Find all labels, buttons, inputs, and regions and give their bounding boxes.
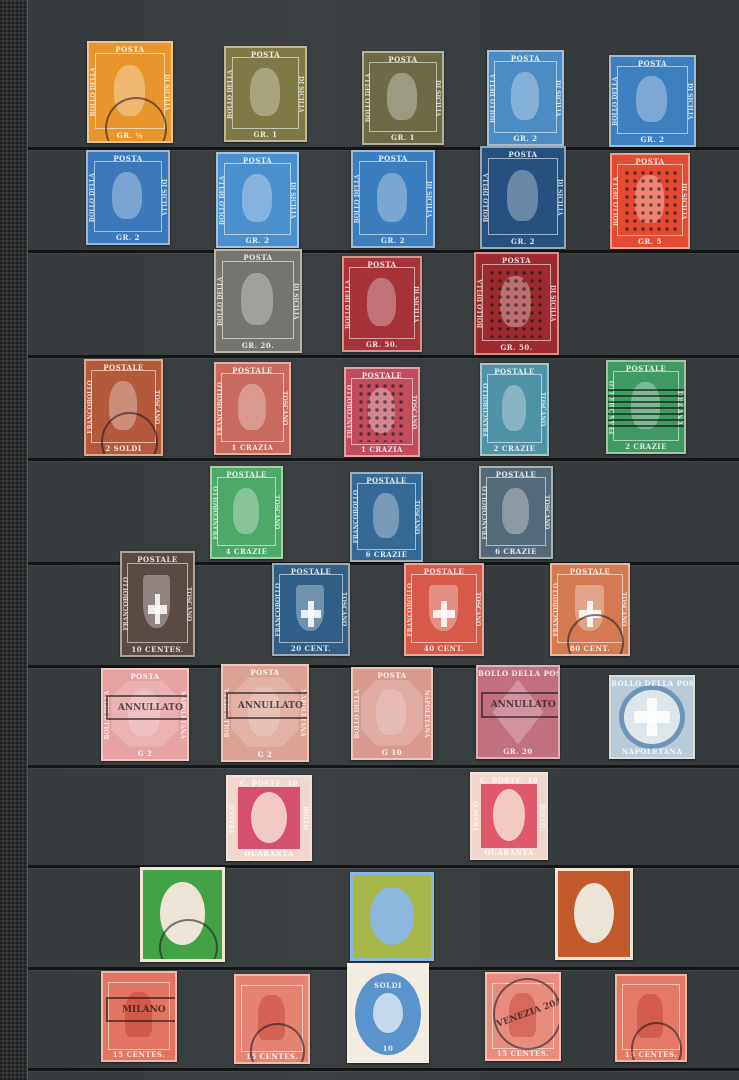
stamp-top-text: POSTALE [482, 367, 547, 376]
stamp[interactable]: 15 CENTES.VENEZIA 20/6 [485, 972, 561, 1061]
stamp-value-text: GR. 2 [218, 236, 297, 245]
stamp[interactable]: POSTAGR. 20.BOLLO DELLADI SICILIA [214, 249, 302, 353]
stamp-left-text: FRANCOBOLLO [213, 479, 222, 547]
portrait-icon [241, 273, 273, 325]
stamp-top-text: POSTA [103, 672, 187, 681]
bar-cancel-icon [608, 389, 684, 430]
stamp-value-text: GR. 2 [88, 233, 168, 242]
stamp-value-text: 15 CENTES. [103, 1050, 175, 1059]
stamp-right-text: DI SICILIA [295, 59, 304, 129]
stamp-value-text: 2 CRAZIE [482, 444, 547, 453]
lion-icon [238, 384, 266, 430]
stamp-value-text: GR. 2 [489, 134, 562, 143]
stamp-top-text: POSTA [89, 45, 171, 54]
stamp-right-text: TOSCANO [271, 479, 280, 547]
stamp[interactable]: 15 CENTES.MILANO [101, 971, 177, 1062]
stamp-value-text: G 2 [223, 750, 307, 759]
stamp-value-text: GR. 2 [482, 237, 564, 246]
postmark-box: MILANO [106, 997, 177, 1022]
stamp[interactable] [555, 868, 633, 960]
stamp[interactable]: 15 CENTES. [234, 974, 310, 1064]
stamp-left-text: BOLLO DELLA [90, 55, 99, 130]
stamp-right-text: BOLLO [300, 787, 309, 849]
stamp-top-text: POSTALE [216, 366, 289, 375]
stamp-right-text: TOSCANO [183, 565, 192, 643]
stamp[interactable]: POSTAGR. 50.BOLLO DELLADI SICILIA [342, 256, 422, 352]
stamp-value-text: 10 [347, 1044, 429, 1053]
stamp-value-text: QUARANTA [228, 849, 310, 858]
stamp-left-text: BOLLO DELLA [612, 68, 621, 135]
stamp-value-text: G 2 [103, 749, 187, 758]
savoy-cross-icon [433, 601, 454, 628]
stamp-top-text: POSTALE [406, 567, 482, 576]
lion-icon [233, 488, 259, 534]
portrait-icon [112, 172, 142, 219]
stamp-right-text: TOSCANO [338, 576, 347, 644]
stamp[interactable]: POSTALE2 CRAZIEFRANCOBOLLOTOSCANO [606, 360, 686, 454]
strip-divider [28, 355, 739, 358]
stamp-top-text: POSTALE [274, 567, 348, 576]
cameo-portrait-icon [251, 792, 287, 843]
stamp-value-text: GR. 20 [478, 747, 558, 756]
stamp[interactable]: POSTALE2 CRAZIEFRANCOBOLLOTOSCANO [480, 363, 549, 456]
stamp-left-text: FRANCOBOLLO [275, 576, 284, 644]
stamp-right-text: DI SICILIA [684, 68, 693, 135]
stamp[interactable]: POSTALE6 CRAZIEFRANCOBOLLOTOSCANO [479, 466, 553, 559]
strip-divider [28, 458, 739, 461]
stamp-right-text: DI SICILIA [410, 269, 419, 339]
stamp-left-text: BOLLO DELLA [345, 269, 354, 339]
stamp-top-text: POSTA [226, 50, 305, 59]
stamp-left-text: BOLLO DELLA [490, 63, 499, 133]
portrait-icon [387, 73, 417, 120]
stamp[interactable]: POSTALE10 CENTES.FRANCOBOLLOTOSCANO [120, 551, 195, 657]
dot-cancel-icon [357, 382, 407, 442]
savoy-cross-icon [634, 698, 670, 736]
stamp-value-text: 2 CRAZIE [608, 442, 684, 451]
portrait-icon [636, 76, 668, 122]
stamp-top-text: POSTA [353, 671, 431, 680]
stamp-value-text: GR. 50. [344, 340, 420, 349]
stamp-left-text: FRANCOBOLLO [482, 479, 491, 547]
stamp-right-text: DI SICILIA [547, 266, 556, 341]
stamp-top-text: POSTA [353, 154, 433, 163]
portrait-icon [250, 68, 280, 116]
stamp[interactable]: POSTAGR. ½BOLLO DELLADI SICILIA [87, 41, 173, 143]
dot-cancel-icon [488, 269, 545, 338]
stamp-value-text: GR. 1 [364, 133, 442, 142]
stamp-top-text: POSTA [476, 256, 557, 265]
stamp-top-text: BOLLO DELLA POSTA [611, 679, 693, 688]
stamp-left-text: FRANCOBOLLO [483, 376, 492, 444]
stamp-top-text: POSTA [364, 55, 442, 64]
stamp-value-text: QUARANTA [472, 848, 546, 857]
stamp[interactable]: POSTAGR. 50.BOLLO DELLADI SICILIA [474, 252, 559, 355]
stamp-left-text: FRANCOBOLLO [407, 576, 416, 644]
postmark-box: ANNULLATO [226, 692, 309, 719]
stamp[interactable]: POSTALE4 CRAZIEFRANCOBOLLOTOSCANO [210, 466, 283, 559]
stamp[interactable] [140, 867, 225, 962]
stamp-right-text: DI SICILIA [423, 163, 432, 234]
stamp-left-text: BOLLO DELLA [613, 166, 622, 236]
stamp-top-text: POSTA [611, 59, 694, 68]
stamp-top-text: POSTALE [122, 555, 193, 564]
postmark-box: ANNULLATO [481, 692, 560, 718]
postmark-text: ANNULLATO [483, 700, 560, 710]
stamp[interactable]: POSTAGR. 2BOLLO DELLADI SICILIA [351, 150, 435, 248]
stamp-value-text: 4 CRAZIE [212, 547, 281, 556]
embossed-oval-icon [370, 887, 414, 945]
stamp-value-text: NAPOLETANA [611, 747, 693, 756]
stamp-left-text: FRANCOBOLLO [353, 484, 362, 549]
stamp-value-text: GR. 20. [216, 341, 300, 350]
stamp-top-text: POSTALE [86, 363, 161, 372]
stamp[interactable]: C. POSTE. 40QUARANTAFRANCOBOLLO [470, 772, 548, 860]
stamp-value-text: 10 CENTES. [122, 645, 193, 654]
cameo-portrait-icon [493, 789, 526, 841]
stamp-top-text: SOLDI [347, 981, 429, 990]
stamp-top-text: POSTA [344, 260, 420, 269]
postmark-circle-icon [159, 919, 218, 962]
stamp-top-text: POSTA [482, 150, 564, 159]
stamp-right-text: BOLLO [536, 784, 545, 848]
stamp-top-text: POSTA [218, 156, 297, 165]
postmark-text: MILANO [108, 1005, 177, 1015]
stamp-value-text: 20 CENT. [274, 644, 348, 653]
stamp-right-text: TOSCANO [279, 375, 288, 443]
stamp-left-text: BOLLO DELLA [477, 266, 486, 341]
stamp-right-text: DI SICILIA [290, 263, 299, 339]
stamp-left-text: FRANCOBOLLO [347, 379, 356, 444]
savoy-cross-icon [148, 594, 168, 625]
stamp-top-text: POSTALE [481, 470, 551, 479]
stamp[interactable]: POSTALE80 CENT.FRANCOBOLLOTOSCANO [550, 563, 630, 656]
stamp[interactable]: POSTAGR. 1BOLLO DELLADI SICILIA [224, 46, 307, 142]
lion-icon [502, 488, 529, 534]
stamp-value-text: 15 CENTES. [487, 1049, 559, 1058]
stamp-right-text: NAPOLETANA [421, 680, 430, 748]
embossed-oval-icon [574, 883, 614, 943]
stockbook-page: POSTAGR. ½BOLLO DELLADI SICILIAPOSTAGR. … [0, 0, 739, 1080]
stamp-right-text: DI SICILIA [554, 160, 563, 235]
portrait-icon [511, 72, 539, 120]
stamp-left-text: BOLLO DELLA [354, 680, 363, 748]
stamp-top-text: POSTA [216, 253, 300, 262]
postmark-text: VENEZIA 20/6 [495, 998, 559, 1030]
stamp-left-text: FRANCOBOLLO [87, 372, 96, 443]
stamp-right-text: TOSCANO [411, 484, 420, 549]
stamp[interactable]: BOLLO DELLA POSTANAPOLETANA [609, 675, 695, 759]
strip-divider [28, 1068, 739, 1071]
stamp[interactable]: C. POSTE. 40QUARANTAFRANCOBOLLO [226, 775, 312, 861]
postmark-circle: VENEZIA 20/6 [493, 978, 561, 1050]
stamp-top-text: POSTALE [552, 567, 628, 576]
stamp[interactable]: POSTAGR. 5BOLLO DELLADI SICILIA [610, 153, 690, 249]
stamp-left-text: BOLLO DELLA [89, 163, 98, 232]
stamp-left-text: BOLLO DELLA [219, 165, 228, 235]
stamp-right-text: DI SICILIA [432, 64, 441, 132]
stamp-top-text: POSTA [88, 154, 168, 163]
stamp[interactable]: POSTALE20 CENT.FRANCOBOLLOTOSCANO [272, 563, 350, 656]
stamp-left-text: BOLLO DELLA [365, 64, 374, 132]
stamp-left-text: BOLLO DELLA [217, 263, 226, 339]
stamp-value-text: GR. 5 [612, 237, 688, 246]
stamp[interactable]: POSTALE1 CRAZIAFRANCOBOLLOTOSCANO [344, 367, 420, 457]
stamp[interactable]: POSTAGR. 2BOLLO DELLADI SICILIA [487, 50, 564, 146]
stamp-value-text: 6 CRAZIE [481, 547, 551, 556]
stamp-top-text: POSTA [489, 54, 562, 63]
postmark-text: ANNULLATO [108, 703, 189, 713]
dot-cancel-icon [623, 169, 676, 233]
stamp[interactable]: POSTALE1 CRAZIAFRANCOBOLLOTOSCANO [214, 362, 291, 455]
stamp-value-text: GR. 2 [353, 236, 433, 245]
stamp[interactable]: 15 CENTES. [615, 974, 687, 1062]
stamp-right-text: TOSCANO [541, 479, 550, 547]
portrait-icon [367, 278, 396, 326]
stamp-right-text: DI SICILIA [287, 165, 296, 235]
stamp[interactable]: POSTAG 10BOLLO DELLANAPOLETANA [351, 667, 433, 760]
postmark-box: ANNULLATO [106, 695, 189, 720]
stamp-value-text: GR. 2 [611, 135, 694, 144]
stamp[interactable]: POSTALE2 SOLDIFRANCOBOLLOTOSCANO [84, 359, 163, 456]
stamp-left-text: FRANCOBOLLO [123, 565, 132, 643]
stamp-top-text: POSTALE [608, 364, 684, 373]
stamp[interactable]: POSTAG 2BOLLO DELLANAPOLETANAANNULLATO [221, 664, 309, 762]
portrait-icon [242, 174, 272, 222]
stockbook-binding [0, 0, 28, 1080]
strip-divider [28, 765, 739, 768]
lion-icon [373, 493, 399, 538]
stamp-top-text: C. POSTE. 40 [228, 779, 310, 788]
stamp-right-text: DI SICILIA [552, 63, 561, 133]
stamp[interactable]: POSTALE6 CRAZIEFRANCOBOLLOTOSCANO [350, 472, 423, 562]
trinacria-icon [376, 689, 406, 735]
stamp-top-text: POSTALE [212, 470, 281, 479]
double-eagle-icon [373, 993, 403, 1033]
stamp[interactable]: POSTAGR. 2BOLLO DELLADI SICILIA [609, 55, 696, 147]
stamp-left-text: FRANCO [473, 784, 482, 848]
stamp[interactable]: SOLDI10 [347, 963, 429, 1063]
stamp-left-text: BOLLO DELLA [483, 160, 492, 235]
strip-divider [28, 250, 739, 253]
postmark-text: ANNULLATO [228, 701, 309, 711]
stamp[interactable]: POSTAGR. 1BOLLO DELLADI SICILIA [362, 51, 444, 145]
stamp-right-text: DI SICILIA [678, 166, 687, 236]
stamp-right-text: TOSCANO [408, 379, 417, 444]
stamp-right-text: TOSCANO [472, 576, 481, 644]
stamp-value-text: 1 CRAZIA [216, 443, 289, 452]
stamp-value-text: 6 CRAZIE [352, 550, 421, 559]
stamp[interactable] [350, 872, 434, 961]
stamp[interactable]: BOLLO DELLA POSTA NAPOLETANAGR. 20ANNULL… [476, 665, 560, 759]
stamp-top-text: BOLLO DELLA POSTA NAPOLETANA [478, 669, 558, 678]
stamp[interactable]: POSTAGR. 2BOLLO DELLADI SICILIA [86, 150, 170, 245]
stamp-right-text: TOSCANO [537, 376, 546, 444]
stamp-top-text: POSTA [612, 157, 688, 166]
stamp-left-text: BOLLO DELLA [354, 163, 363, 234]
stamp[interactable]: POSTAG 2BOLLO DELLANAPOLETANAANNULLATO [101, 668, 189, 761]
stamp-left-text: FRANCOBOLLO [217, 375, 226, 443]
stamp-value-text: 1 CRAZIA [346, 445, 418, 454]
stamp-value-text: GR. 50. [476, 343, 557, 352]
portrait-icon [507, 170, 538, 221]
stamp-value-text: G 10 [353, 748, 431, 757]
stamp-top-text: POSTA [223, 668, 307, 677]
stamp[interactable]: POSTAGR. 2BOLLO DELLADI SICILIA [216, 152, 299, 248]
savoy-cross-icon [301, 601, 322, 628]
stamp-left-text: BOLLO DELLA [227, 59, 236, 129]
stamp-left-text: FRANCOBOLLO [553, 576, 562, 644]
stamp[interactable]: POSTAGR. 2BOLLO DELLADI SICILIA [480, 146, 566, 249]
stamp-value-text: 40 CENT. [406, 644, 482, 653]
stamp-top-text: C. POSTE. 40 [472, 776, 546, 785]
portrait-icon [377, 173, 407, 222]
lion-icon [502, 385, 527, 431]
stamp-left-text: FRANCO [229, 787, 238, 849]
stamp-right-text: DI SICILIA [158, 163, 167, 232]
stamp-value-text: GR. 1 [226, 130, 305, 139]
stamp[interactable]: POSTALE40 CENT.FRANCOBOLLOTOSCANO [404, 563, 484, 656]
